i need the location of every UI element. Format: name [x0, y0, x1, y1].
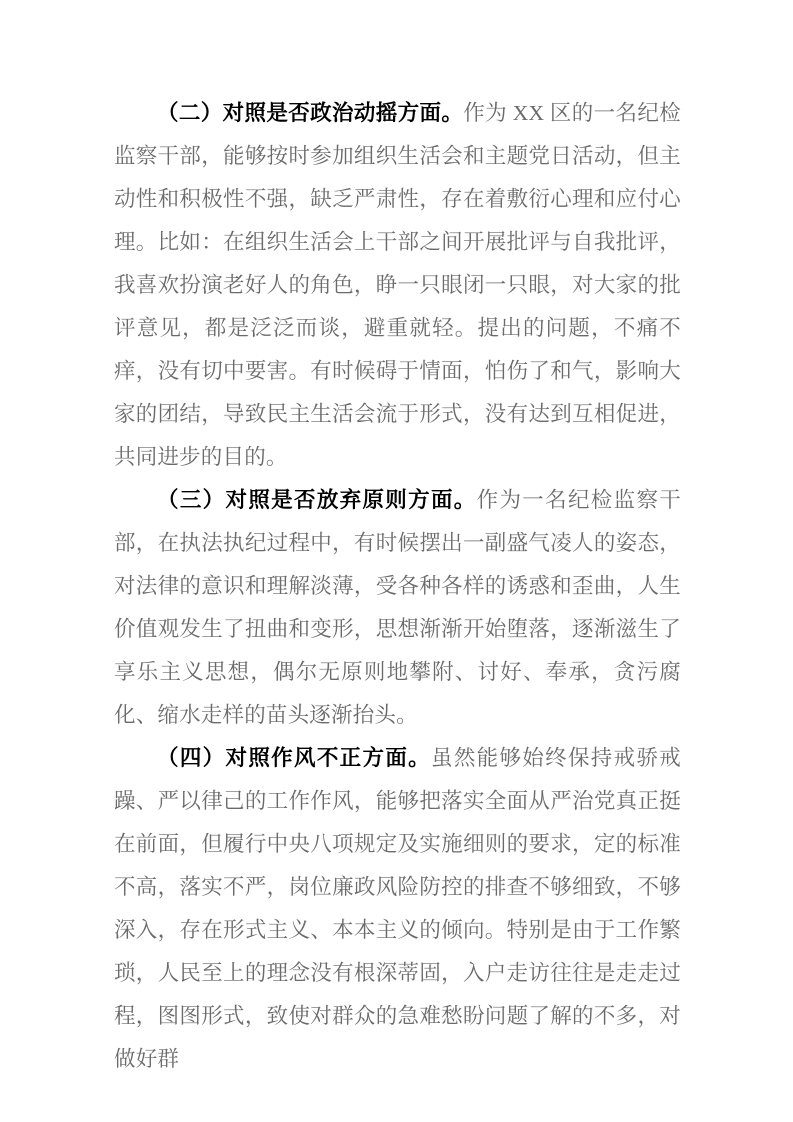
paragraph-section-4: （四）对照作风不正方面。虽然能够始终保持戒骄戒躁、严以律己的工作作风，能够把落实… [114, 737, 681, 1081]
section-4-heading: （四）对照作风不正方面。 [157, 746, 431, 770]
document-page: （二）对照是否政治动摇方面。作为 XX 区的一名纪检监察干部，能够按时参加组织生… [0, 0, 793, 1122]
paragraph-section-3: （三）对照是否放弃原则方面。作为一名纪检监察干部，在执法执纪过程中，有时候摆出一… [114, 479, 681, 737]
section-3-body-text: 作为一名纪检监察干部，在执法执纪过程中，有时候摆出一副盛气凌人的姿态，对法律的意… [114, 488, 681, 727]
section-3-heading: （三）对照是否放弃原则方面。 [157, 488, 477, 512]
section-2-body-text: 作为 XX 区的一名纪检监察干部，能够按时参加组织生活会和主题党日活动，但主动性… [114, 101, 681, 469]
paragraph-section-2: （二）对照是否政治动摇方面。作为 XX 区的一名纪检监察干部，能够按时参加组织生… [114, 92, 681, 479]
section-2-heading: （二）对照是否政治动摇方面。 [157, 101, 463, 125]
section-4-body-text: 虽然能够始终保持戒骄戒躁、严以律己的工作作风，能够把落实全面从严治党真正挺在前面… [114, 746, 681, 1071]
